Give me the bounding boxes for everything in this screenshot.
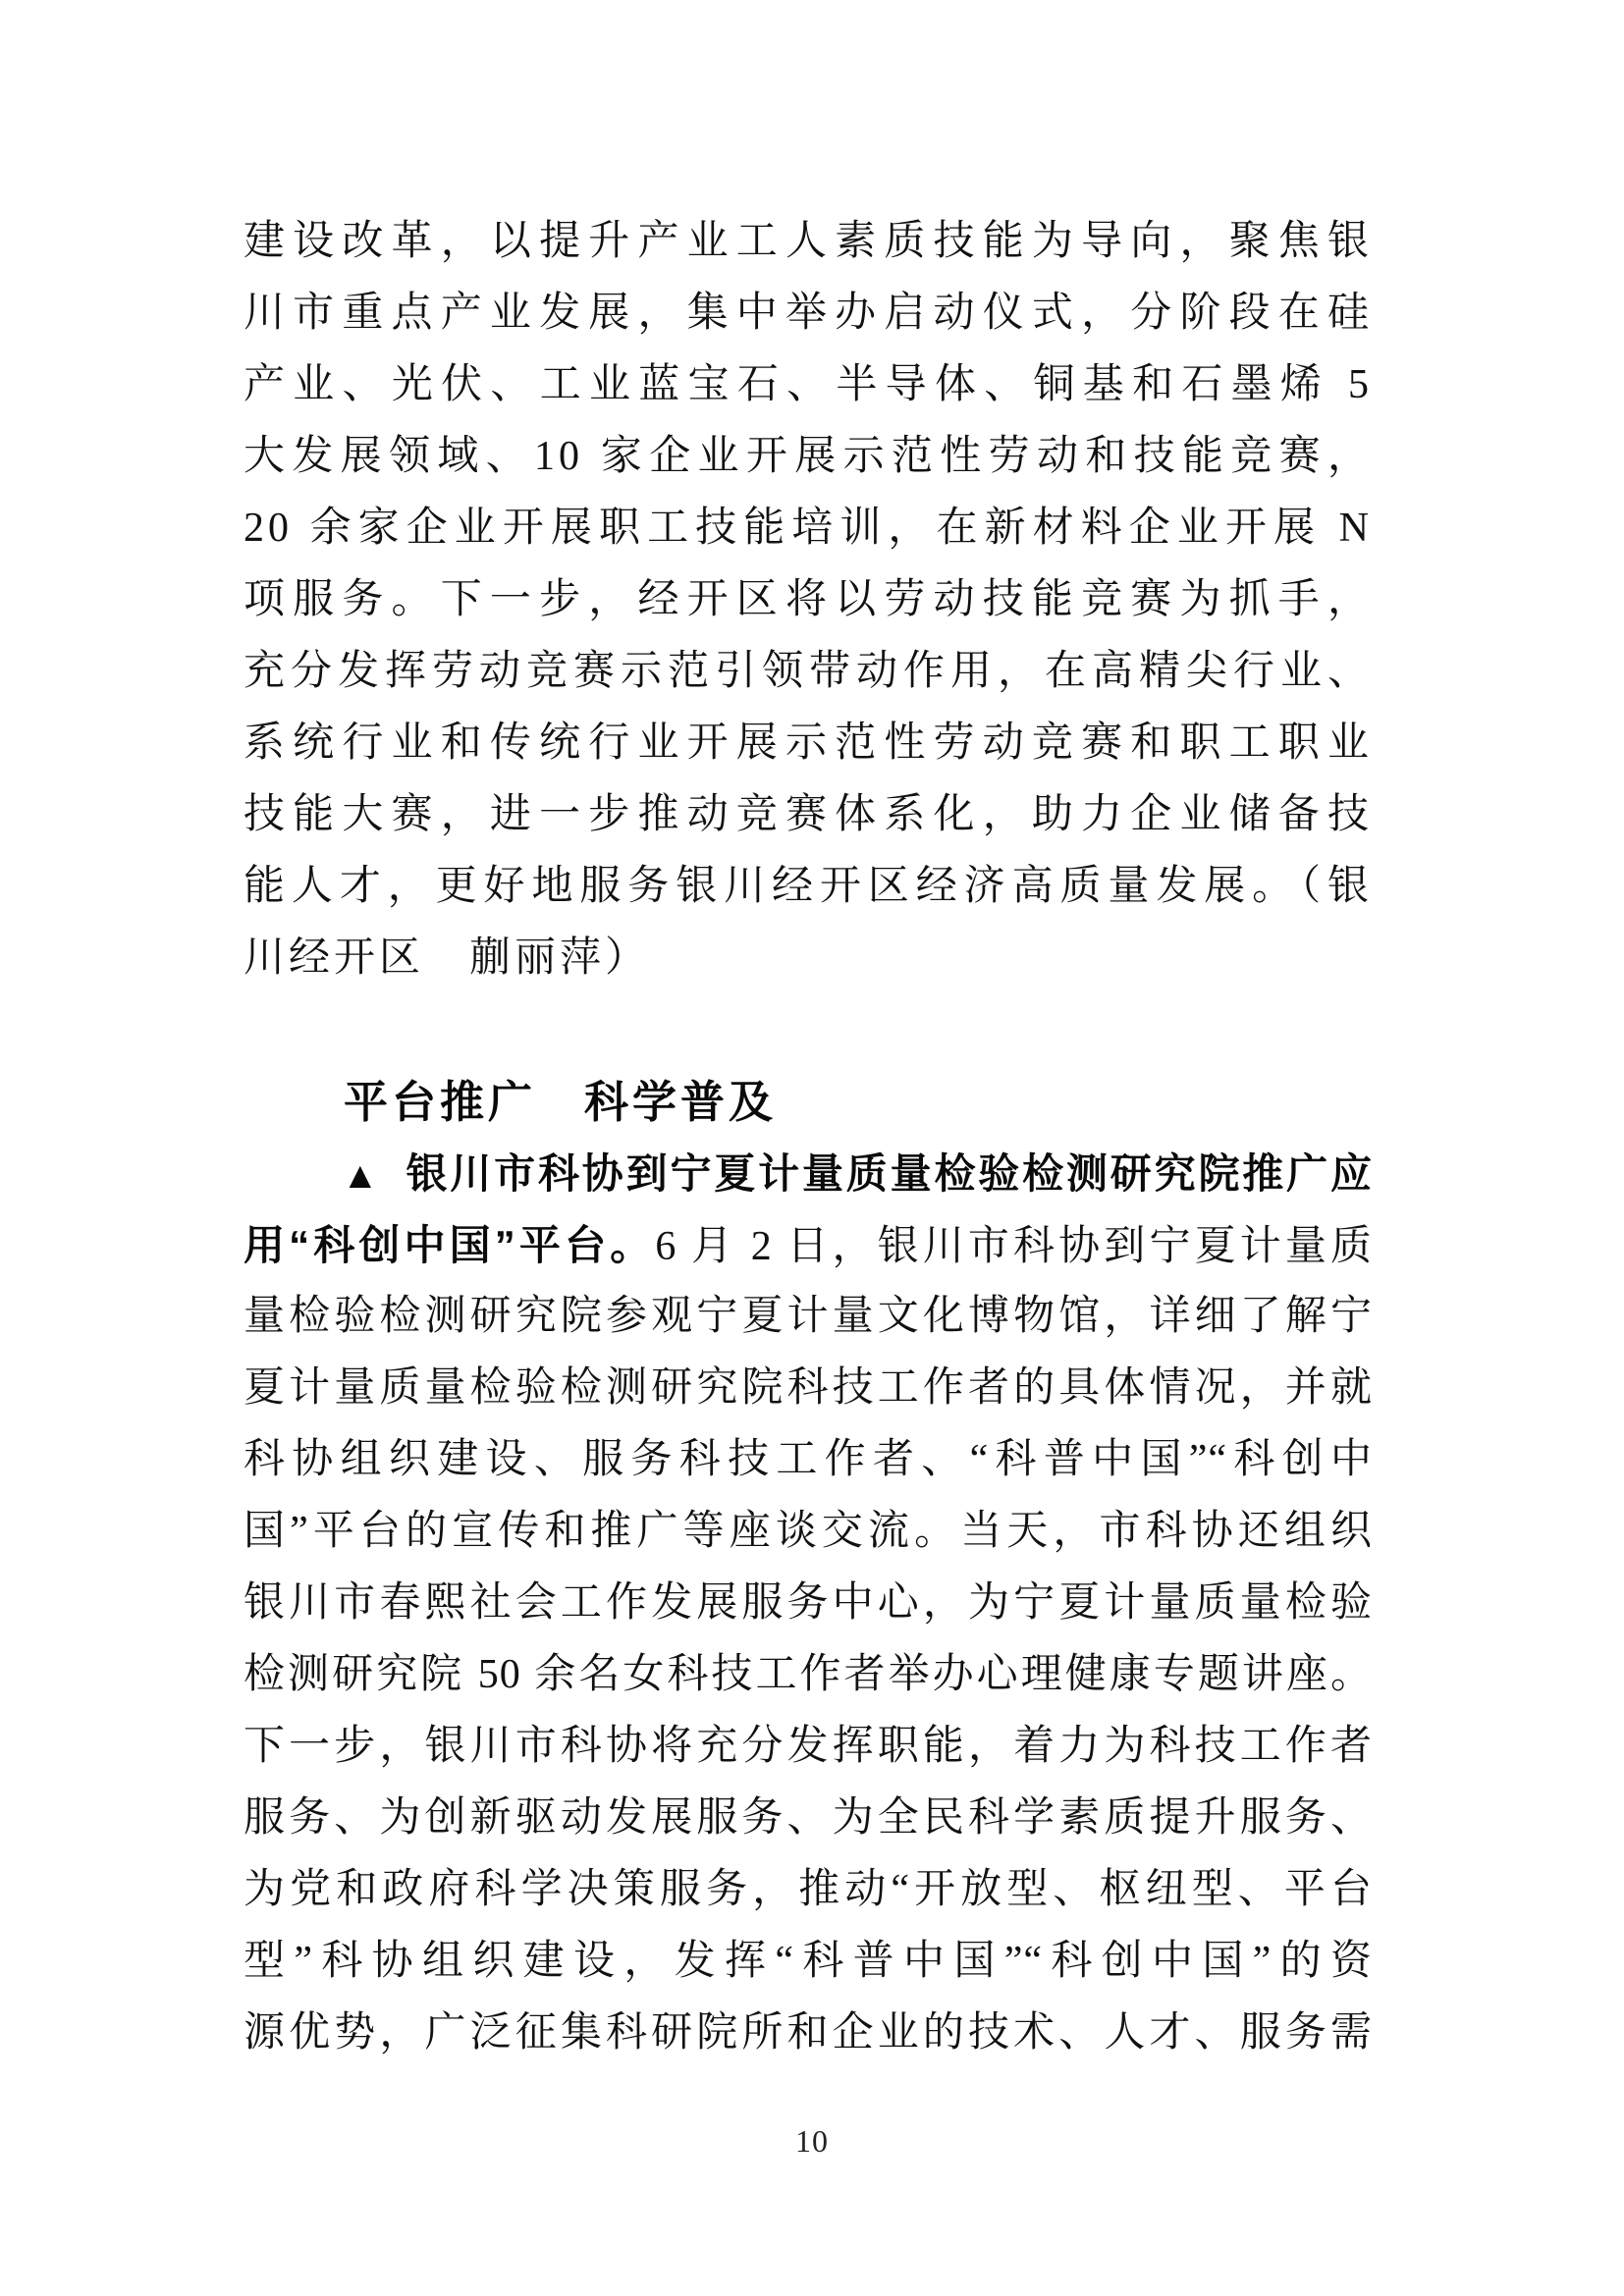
text-line: 项服务。下一步，经开区将以劳动技能竞赛为抓手， [244, 564, 1373, 636]
text-line: 建设改革，以提升产业工人素质技能为导向，聚焦银 [244, 206, 1373, 278]
bold-run: 用“科创中国”平台。 [244, 1222, 655, 1268]
text-line: 大发展领域、10 家企业开展示范性劳动和技能竞赛， [244, 421, 1373, 493]
text-line: 川市重点产业发展，集中举办启动仪式，分阶段在硅 [244, 278, 1373, 349]
text-line: 20 余家企业开展职工技能培训，在新材料企业开展 N [244, 493, 1373, 564]
text-line: 能人才，更好地服务银川经开区经济高质量发展。（银 [244, 851, 1373, 923]
text-line: 技能大赛，进一步推动竞赛体系化，助力企业储备技 [244, 779, 1373, 851]
text-line: 国”平台的宣传和推广等座谈交流。当天，市科协还组织 [244, 1496, 1373, 1568]
text-line: 充分发挥劳动竞赛示范引领带动作用，在高精尖行业、 [244, 636, 1373, 708]
text-line: 型”科协组织建设，发挥“科普中国”“科创中国”的资 [244, 1926, 1373, 1998]
text-line: 为党和政府科学决策服务，推动“开放型、枢纽型、平台 [244, 1854, 1373, 1926]
text-line: 检测研究院 50 余名女科技工作者举办心理健康专题讲座。 [244, 1639, 1373, 1711]
text-line-mixed: 用“科创中国”平台。6 月 2 日，银川市科协到宁夏计量质 [244, 1209, 1373, 1281]
text-line: 量检验检测研究院参观宁夏计量文化博物馆，详细了解宁 [244, 1281, 1373, 1353]
page-number: 10 [0, 2122, 1624, 2160]
text-line: 服务、为创新驱动发展服务、为全民科学素质提升服务、 [244, 1783, 1373, 1854]
section-heading: 平台推广 科学普及 [244, 1066, 1373, 1138]
bullet-lead-line: ▲银川市科协到宁夏计量质量检验检测研究院推广应 [244, 1138, 1373, 1209]
lead-bold-text: 银川市科协到宁夏计量质量检验检测研究院推广应 [406, 1150, 1373, 1197]
text-line: 产业、光伏、工业蓝宝石、半导体、铜基和石墨烯 5 [244, 349, 1373, 421]
document-page: 建设改革，以提升产业工人素质技能为导向，聚焦银 川市重点产业发展，集中举办启动仪… [0, 0, 1624, 2296]
text-line-paragraph-end: 川经开区 蒯丽萍） [244, 923, 1373, 994]
text-line: 夏计量质量检验检测研究院科技工作者的具体情况，并就 [244, 1353, 1373, 1424]
triangle-bullet-icon: ▲ [342, 1155, 380, 1197]
text-line: 科协组织建设、服务科技工作者、“科普中国”“科创中 [244, 1424, 1373, 1496]
text-column: 建设改革，以提升产业工人素质技能为导向，聚焦银 川市重点产业发展，集中举办启动仪… [244, 206, 1373, 2069]
blank-line [244, 994, 1373, 1066]
regular-run: 6 月 2 日，银川市科协到宁夏计量质 [655, 1224, 1373, 1269]
text-line: 下一步，银川市科协将充分发挥职能，着力为科技工作者 [244, 1711, 1373, 1783]
text-line: 源优势，广泛征集科研院所和企业的技术、人才、服务需 [244, 1998, 1373, 2069]
text-line: 系统行业和传统行业开展示范性劳动竞赛和职工职业 [244, 708, 1373, 779]
text-line: 银川市春熙社会工作发展服务中心，为宁夏计量质量检验 [244, 1568, 1373, 1639]
